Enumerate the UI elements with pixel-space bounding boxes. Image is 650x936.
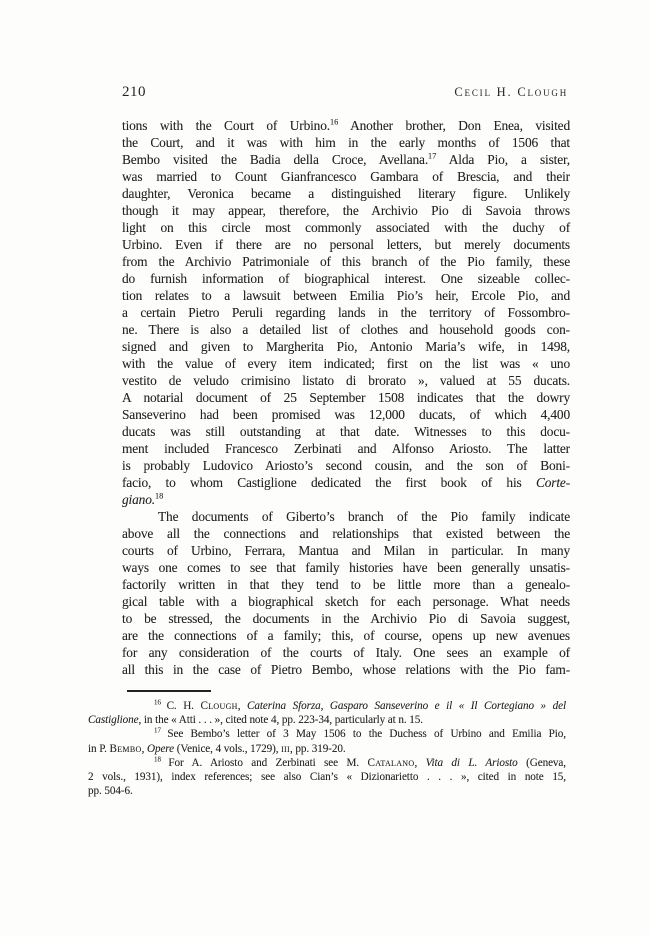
scanned-book-page: 210 Cecil H. Clough tions with the Court…	[0, 0, 650, 936]
italic-phrase: Opere	[147, 743, 174, 755]
body-line: was married to Count Gianfrancesco Gamba…	[122, 168, 570, 185]
body-line: is probably Ludovico Ariosto’s second co…	[122, 457, 570, 474]
italic-phrase: Castiglione	[88, 714, 139, 726]
body-line: giano.18	[122, 491, 570, 508]
footnote-line: in P. Bembo, Opere (Venice, 4 vols., 172…	[88, 742, 566, 756]
body-line: facio, to whom Castiglione dedicated the…	[122, 474, 570, 491]
running-head: Cecil H. Clough	[454, 85, 568, 100]
body-line: courts of Urbino, Ferrara, Mantua and Mi…	[122, 542, 570, 559]
italic-phrase: giano.	[122, 492, 155, 507]
body-line: the Court, and it was with him in the ea…	[122, 134, 570, 151]
small-caps-name: Clough	[200, 700, 237, 712]
small-caps-name: Bembo	[109, 743, 141, 755]
body-line: above all the connections and relationsh…	[122, 525, 570, 542]
footnotes: 16 C. H. Clough, Caterina Sforza, Gaspar…	[88, 699, 566, 798]
body-line: Urbino. Even if there are no personal le…	[122, 236, 570, 253]
body-line: with the value of every item indicated; …	[122, 355, 570, 372]
body-line: though it may appear, therefore, the Arc…	[122, 202, 570, 219]
body-line: daughter, Veronica became a distinguishe…	[122, 185, 570, 202]
page-header: 210 Cecil H. Clough	[122, 84, 568, 101]
footnote-line: 2 vols., 1931), index references; see al…	[88, 770, 566, 784]
body-line: do furnish information of biographical i…	[122, 270, 570, 287]
body-line: A notarial document of 25 September 1508…	[122, 389, 570, 406]
body-line: ne. There is also a detailed list of clo…	[122, 321, 570, 338]
superscript-note-ref: 18	[154, 755, 168, 763]
footnote-line: 18 For A. Ariosto and Zerbinati see M. C…	[88, 756, 566, 770]
body-line: are the connections of a family; this, o…	[122, 627, 570, 644]
body-line: light on this circle most commonly assoc…	[122, 219, 570, 236]
page-number: 210	[122, 84, 146, 101]
superscript-note-ref: 18	[155, 492, 163, 501]
body-line: all this in the case of Pietro Bembo, wh…	[122, 661, 570, 678]
footnote-line: 17 See Bembo’s letter of 3 May 1506 to t…	[88, 727, 566, 741]
footnote-line: Castiglione, in the « Atti . . . », cite…	[88, 713, 566, 727]
footnote-separator	[127, 690, 211, 692]
body-line: vestito de veludo crimisino listato di b…	[122, 372, 570, 389]
superscript-note-ref: 16	[154, 698, 167, 706]
body-line: signed and given to Margherita Pio, Anto…	[122, 338, 570, 355]
italic-phrase: Caterina Sforza, Gasparo Sanseverino e i…	[247, 700, 566, 712]
italic-phrase: Vita di L. Ariosto	[426, 757, 518, 769]
body-line: for any consideration of the courts of I…	[122, 644, 570, 661]
body-line: tions with the Court of Urbino.16 Anothe…	[122, 117, 570, 134]
italic-phrase: Corte-	[536, 475, 570, 490]
body-line: from the Archivio Patrimoniale of this b…	[122, 253, 570, 270]
body-line: ducats was still outstanding at that dat…	[122, 423, 570, 440]
footnote-line: pp. 504-6.	[88, 784, 566, 798]
small-caps-name: iii	[281, 743, 290, 755]
body-line: factorily written in that they tend to b…	[122, 576, 570, 593]
superscript-note-ref: 16	[330, 118, 338, 127]
small-caps-name: Catalano	[367, 757, 414, 769]
body-line: gical table with a biographical sketch f…	[122, 593, 570, 610]
body-line: to be stressed, the documents in the Arc…	[122, 610, 570, 627]
body-line: a certain Pietro Peruli regarding lands …	[122, 304, 570, 321]
body-line: Sanseverino had been promised was 12,000…	[122, 406, 570, 423]
superscript-note-ref: 17	[154, 727, 167, 735]
superscript-note-ref: 17	[428, 152, 436, 161]
body-line: tion relates to a lawsuit between Emilia…	[122, 287, 570, 304]
body-line: ment included Francesco Zerbinati and Al…	[122, 440, 570, 457]
body-line: ways one comes to see that family histor…	[122, 559, 570, 576]
footnote-line: 16 C. H. Clough, Caterina Sforza, Gaspar…	[88, 699, 566, 713]
body-text: tions with the Court of Urbino.16 Anothe…	[122, 117, 570, 678]
body-line: Bembo visited the Badia della Croce, Ave…	[122, 151, 570, 168]
body-line: The documents of Giberto’s branch of the…	[122, 508, 570, 525]
